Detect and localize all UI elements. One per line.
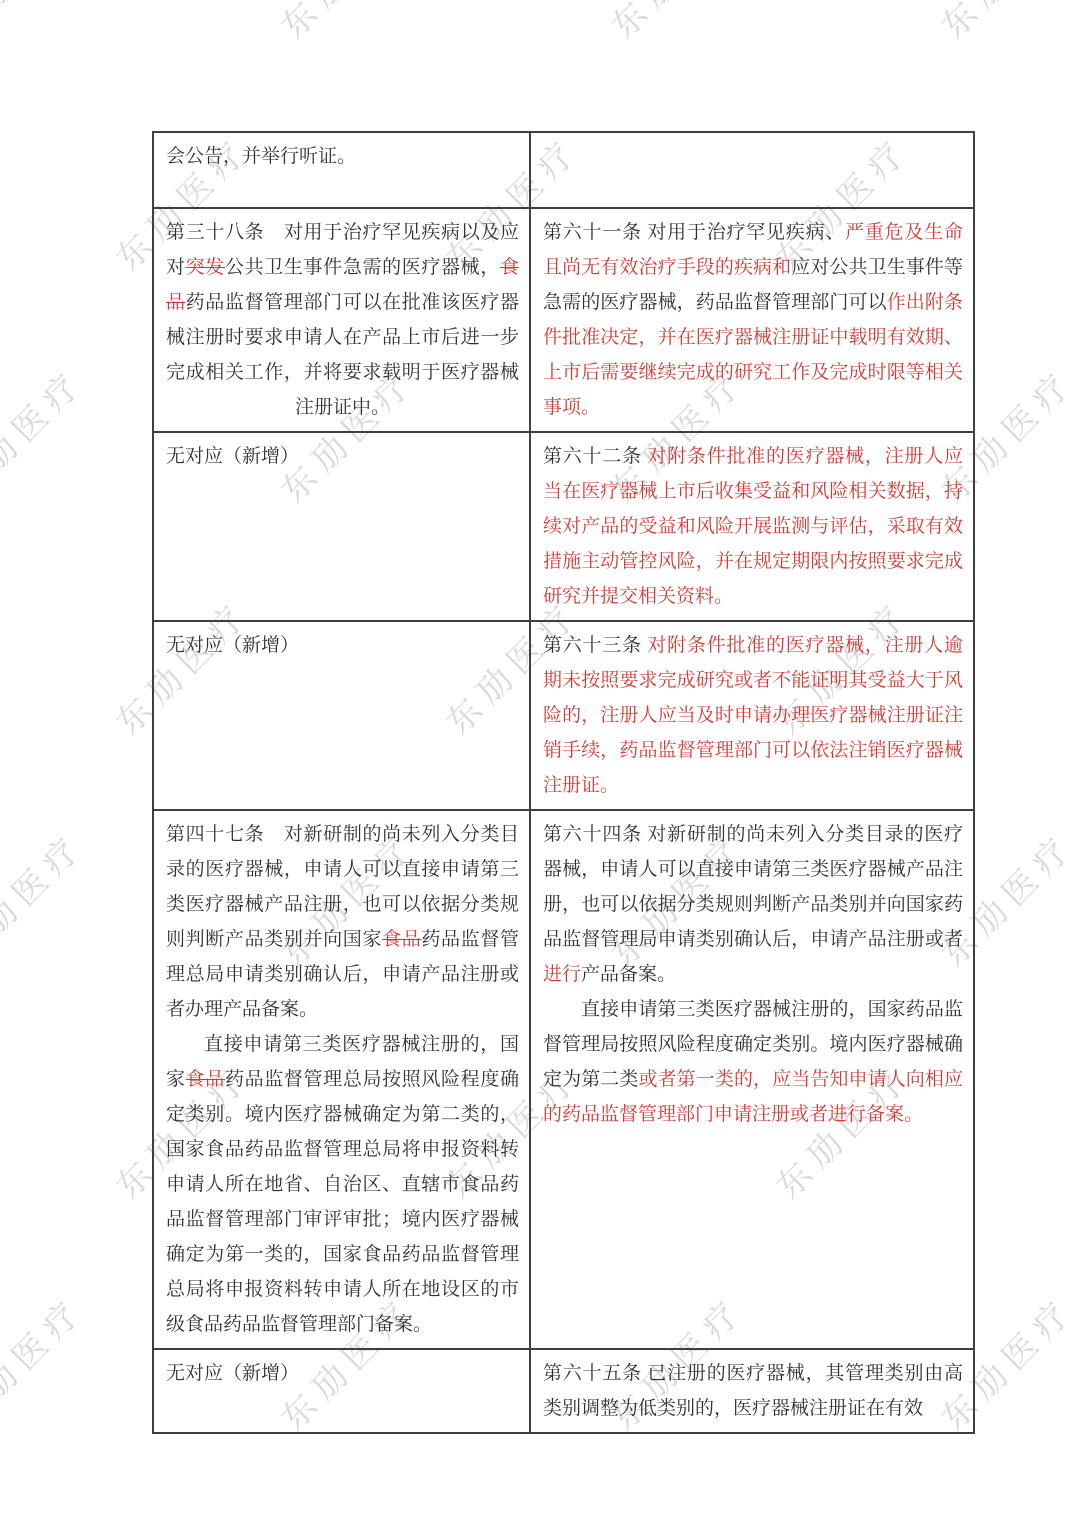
cell-left: 第四十七条 对新研制的尚未列入分类目录的医疗器械，申请人可以直接申请第三类医疗器… bbox=[153, 810, 530, 1349]
table-row: 第四十七条 对新研制的尚未列入分类目录的医疗器械，申请人可以直接申请第三类医疗器… bbox=[153, 810, 974, 1349]
paragraph: 第三十八条 对用于治疗罕见疾病以及应对突发公共卫生事件急需的医疗器械，食品药品监… bbox=[166, 215, 519, 425]
cell-right: 第六十四条 对新研制的尚未列入分类目录的医疗器械，申请人可以直接申请第三类医疗器… bbox=[530, 810, 974, 1349]
paragraph: 第六十三条 对附条件批准的医疗器械，注册人逾期未按照要求完成研究或者不能证明其受… bbox=[543, 628, 963, 803]
cell-right: 第六十五条 已注册的医疗器械，其管理类别由高类别调整为低类别的，医疗器械注册证在… bbox=[530, 1349, 974, 1433]
text-run: 无对应（新增） bbox=[166, 635, 299, 656]
cell-right: 第六十二条 对附条件批准的医疗器械，注册人应当在医疗器械上市后收集受益和风险相关… bbox=[530, 432, 974, 621]
paragraph: 第四十七条 对新研制的尚未列入分类目录的医疗器械，申请人可以直接申请第三类医疗器… bbox=[166, 817, 519, 1027]
deleted-text: 食品 bbox=[382, 929, 421, 950]
deleted-text: 突发 bbox=[186, 257, 225, 278]
text-run: 第六十三条 bbox=[543, 635, 647, 656]
watermark-text: 东劢医疗 bbox=[0, 819, 94, 975]
cell-right: 第六十一条 对用于治疗罕见疾病、严重危及生命且尚无有效治疗手段的疾病和应对公共卫… bbox=[530, 208, 974, 432]
comparison-table: 会公告，并举行听证。第三十八条 对用于治疗罕见疾病以及应对突发公共卫生事件急需的… bbox=[152, 131, 975, 1434]
paragraph: 第六十五条 已注册的医疗器械，其管理类别由高类别调整为低类别的，医疗器械注册证在… bbox=[543, 1356, 963, 1426]
added-text: 进行 bbox=[543, 964, 581, 985]
deleted-text: 食品 bbox=[186, 1069, 225, 1090]
text-run: 药品监督管理部门可以在批准该医疗器械注册时要求申请人在产品上市后进一步完成相关工… bbox=[166, 292, 519, 418]
watermark-text: 东劢医疗 bbox=[0, 1283, 94, 1439]
cell-left: 无对应（新增） bbox=[153, 621, 530, 810]
table-row: 无对应（新增）第六十二条 对附条件批准的医疗器械，注册人应当在医疗器械上市后收集… bbox=[153, 432, 974, 621]
cell-left: 无对应（新增） bbox=[153, 432, 530, 621]
watermark-text: 东劢医疗 bbox=[598, 0, 754, 48]
paragraph: 第六十一条 对用于治疗罕见疾病、严重危及生命且尚无有效治疗手段的疾病和应对公共卫… bbox=[543, 215, 963, 425]
table-row: 无对应（新增）第六十三条 对附条件批准的医疗器械，注册人逾期未按照要求完成研究或… bbox=[153, 621, 974, 810]
text-run: 无对应（新增） bbox=[166, 446, 299, 467]
text-run: 药品监督管理总局按照风险程度确定类别。境内医疗器械确定为第二类的，国家食品药品监… bbox=[166, 1069, 519, 1335]
table-row: 第三十八条 对用于治疗罕见疾病以及应对突发公共卫生事件急需的医疗器械，食品药品监… bbox=[153, 208, 974, 432]
page: { "document": { "type": "regulation-comp… bbox=[0, 0, 1080, 1527]
cell-left: 第三十八条 对用于治疗罕见疾病以及应对突发公共卫生事件急需的医疗器械，食品药品监… bbox=[153, 208, 530, 432]
text-run: 第六十二条 bbox=[543, 446, 647, 467]
paragraph: 直接申请第三类医疗器械注册的，国家食品药品监督管理总局按照风险程度确定类别。境内… bbox=[166, 1027, 519, 1342]
comparison-table-body: 会公告，并举行听证。第三十八条 对用于治疗罕见疾病以及应对突发公共卫生事件急需的… bbox=[153, 132, 974, 1433]
cell-left: 无对应（新增） bbox=[153, 1349, 530, 1433]
text-run: 产品备案。 bbox=[581, 964, 676, 985]
text-run: 无对应（新增） bbox=[166, 1363, 299, 1384]
text-run: 公共卫生事件急需的医疗器械， bbox=[225, 257, 500, 278]
cell-right: 第六十三条 对附条件批准的医疗器械，注册人逾期未按照要求完成研究或者不能证明其受… bbox=[530, 621, 974, 810]
paragraph: 直接申请第三类医疗器械注册的，国家药品监督管理局按照风险程度确定类别。境内医疗器… bbox=[543, 992, 963, 1132]
table-row: 会公告，并举行听证。 bbox=[153, 132, 974, 208]
text-run: 第六十一条 对用于治疗罕见疾病、 bbox=[543, 222, 845, 243]
paragraph: 无对应（新增） bbox=[166, 628, 519, 663]
paragraph: 第六十四条 对新研制的尚未列入分类目录的医疗器械，申请人可以直接申请第三类医疗器… bbox=[543, 817, 963, 992]
text-run: 会公告，并举行听证。 bbox=[166, 146, 356, 167]
watermark-text: 东劢医疗 bbox=[928, 0, 1080, 48]
cell-left: 会公告，并举行听证。 bbox=[153, 132, 530, 208]
text-run: 第六十五条 已注册的医疗器械，其管理类别由高类别调整为低类别的，医疗器械注册证在… bbox=[543, 1363, 963, 1419]
text-run: 第六十四条 对新研制的尚未列入分类目录的医疗器械，申请人可以直接申请第三类医疗器… bbox=[543, 824, 963, 950]
paragraph: 无对应（新增） bbox=[166, 1356, 519, 1391]
added-text: 对附条件批准的医疗器械，注册人逾期未按照要求完成研究或者不能证明其受益大于风险的… bbox=[543, 635, 963, 796]
table-row: 无对应（新增）第六十五条 已注册的医疗器械，其管理类别由高类别调整为低类别的，医… bbox=[153, 1349, 974, 1433]
added-text: 对附条件批准的医疗器械，注册人应当在医疗器械上市后收集受益和风险相关数据，持续对… bbox=[543, 446, 963, 607]
cell-right bbox=[530, 132, 974, 208]
watermark-text: 东劢医疗 bbox=[0, 0, 94, 48]
paragraph: 无对应（新增） bbox=[166, 439, 519, 474]
paragraph: 第六十二条 对附条件批准的医疗器械，注册人应当在医疗器械上市后收集受益和风险相关… bbox=[543, 439, 963, 614]
watermark-text: 东劢医疗 bbox=[0, 355, 94, 511]
watermark-text: 东劢医疗 bbox=[268, 0, 424, 48]
comparison-table-wrap: 会公告，并举行听证。第三十八条 对用于治疗罕见疾病以及应对突发公共卫生事件急需的… bbox=[152, 131, 925, 1434]
paragraph: 会公告，并举行听证。 bbox=[166, 139, 519, 174]
